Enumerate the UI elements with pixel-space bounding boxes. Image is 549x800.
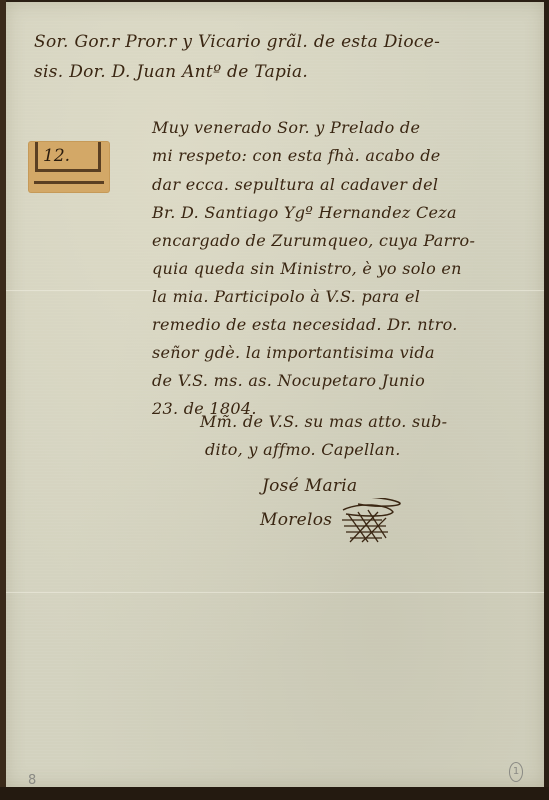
signature-first-name: José Maria: [262, 476, 357, 496]
body-line: la mia. Participolo à V.S. para el: [152, 287, 420, 306]
archive-label: 12.: [29, 142, 109, 192]
address-line-1: Sor. Gor.r Pror.r y Vicario grãl. de est…: [34, 32, 440, 52]
address-line-2: sis. Dor. D. Juan Antº de Tapia.: [34, 62, 308, 82]
fold-line: [6, 592, 544, 593]
body-line: Muy venerado Sor. y Prelado de: [152, 118, 420, 137]
body-line: quia queda sin Ministro, è yo solo en: [152, 259, 462, 278]
pencil-circled-number: 1: [509, 762, 523, 782]
body-line: señor gdè. la importantisima vida: [152, 343, 435, 362]
closing-line-1: Mm̃. de V.S. su mas atto. sub-: [200, 412, 447, 431]
label-number: 12.: [43, 146, 70, 166]
signature-last-name: Morelos: [260, 510, 332, 530]
pencil-folio-mark: 8: [28, 773, 36, 788]
body-line: encargado de Zurumqueo, cuya Parro-: [152, 231, 475, 250]
label-underline: [34, 181, 104, 184]
closing-line-2: dito, y affmo. Capellan.: [205, 440, 401, 459]
body-line: dar ecca. sepultura al cadaver del: [152, 175, 438, 194]
body-line: de V.S. ms. as. Nocupetaro Junio: [152, 371, 425, 390]
body-line: Br. D. Santiago Ygº Hernandez Ceza: [152, 203, 457, 222]
body-line: mi respeto: con esta fhà. acabo de: [152, 146, 441, 165]
signature-rubric-icon: [338, 498, 408, 544]
body-line: remedio de esta necesidad. Dr. ntro.: [152, 315, 458, 334]
page-bottom-edge: [0, 787, 549, 800]
